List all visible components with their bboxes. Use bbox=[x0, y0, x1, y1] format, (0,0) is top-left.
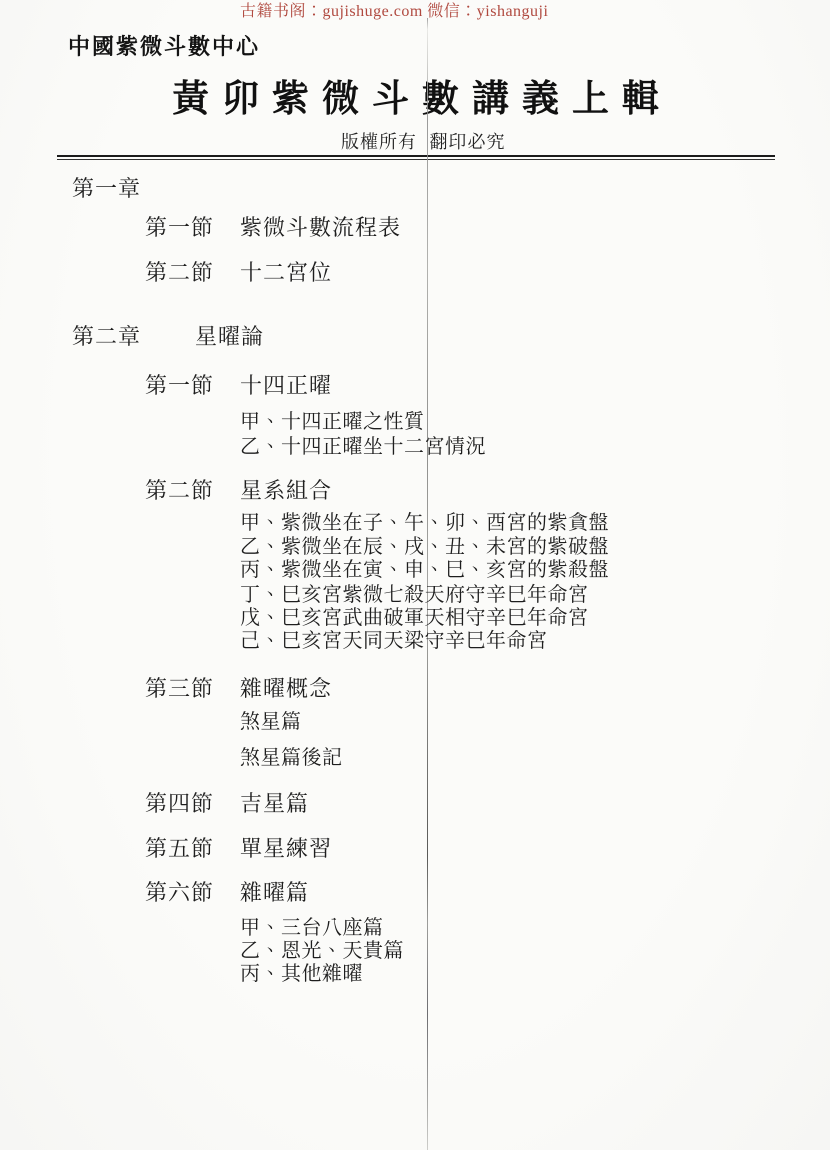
scanned-book-page: 古籍书阁：gujishuge.com 微信：yishanguji 中國紫微斗數中… bbox=[0, 0, 830, 1150]
toc-item: 甲、十四正曜之性質 bbox=[240, 410, 425, 434]
section-number: 第二節 bbox=[145, 260, 240, 286]
toc-section: 第二節星系組合 bbox=[145, 478, 332, 504]
toc-item: 乙、十四正曜坐十二宮情況 bbox=[240, 435, 486, 459]
item-text: 丙、紫微坐在寅、申、巳、亥宮的紫殺盤 bbox=[240, 559, 609, 581]
bookstore-watermark: 古籍书阁：gujishuge.com 微信：yishanguji bbox=[240, 2, 548, 22]
toc-item: 丙、其他雜曜 bbox=[240, 962, 363, 986]
section-number: 第一節 bbox=[145, 215, 240, 241]
item-text: 甲、十四正曜之性質 bbox=[240, 411, 425, 433]
header-divider-rule bbox=[57, 155, 775, 160]
toc-item: 丙、紫微坐在寅、申、巳、亥宮的紫殺盤 bbox=[240, 558, 609, 582]
item-text: 乙、十四正曜坐十二宮情況 bbox=[240, 436, 486, 458]
toc-section: 第五節單星練習 bbox=[145, 836, 332, 862]
section-number: 第二節 bbox=[145, 478, 240, 504]
section-title: 吉星篇 bbox=[240, 791, 309, 816]
section-title: 紫微斗數流程表 bbox=[240, 215, 401, 240]
toc-chapter: 第一章 bbox=[72, 176, 195, 202]
chapter-number: 第二章 bbox=[72, 324, 195, 350]
item-text: 乙、紫微坐在辰、戌、丑、未宮的紫破盤 bbox=[240, 536, 609, 558]
section-number: 第四節 bbox=[145, 791, 240, 817]
copyright-notice: 版權所有 翻印必究 bbox=[341, 128, 506, 154]
toc-chapter: 第二章星曜論 bbox=[72, 324, 264, 350]
toc-item: 丁、巳亥宮紫微七殺天府守辛巳年命宮 bbox=[240, 583, 589, 607]
toc-item: 甲、紫微坐在子、午、卯、酉宮的紫貪盤 bbox=[240, 511, 609, 535]
item-text: 乙、恩光、天貴篇 bbox=[240, 940, 404, 962]
toc-item: 甲、三台八座篇 bbox=[240, 916, 384, 940]
toc-section: 第一節紫微斗數流程表 bbox=[145, 215, 401, 241]
section-title: 十四正曜 bbox=[240, 373, 332, 398]
toc-section: 第四節吉星篇 bbox=[145, 791, 309, 817]
toc-section: 第一節十四正曜 bbox=[145, 373, 332, 399]
toc-item: 乙、恩光、天貴篇 bbox=[240, 939, 404, 963]
section-number: 第三節 bbox=[145, 676, 240, 702]
toc-section: 第六節雜曜篇 bbox=[145, 880, 309, 906]
section-title: 雜曜篇 bbox=[240, 880, 309, 905]
center-name-calligraphy: 中國紫微斗數中心 bbox=[68, 30, 260, 62]
section-title: 雜曜概念 bbox=[240, 676, 332, 701]
section-title: 十二宮位 bbox=[240, 260, 332, 285]
toc-item: 煞星篇 bbox=[240, 710, 302, 734]
section-number: 第五節 bbox=[145, 836, 240, 862]
item-text: 煞星篇後記 bbox=[240, 747, 343, 769]
item-text: 丁、巳亥宮紫微七殺天府守辛巳年命宮 bbox=[240, 584, 589, 606]
book-title: 黃卯紫微斗數講義上輯 bbox=[172, 68, 672, 122]
item-text: 丙、其他雜曜 bbox=[240, 963, 363, 985]
toc-item: 己、巳亥宮天同天梁守辛巳年命宮 bbox=[240, 629, 548, 653]
toc-section: 第二節十二宮位 bbox=[145, 260, 332, 286]
chapter-number: 第一章 bbox=[72, 176, 195, 202]
item-text: 甲、三台八座篇 bbox=[240, 917, 384, 939]
item-text: 戊、巳亥宮武曲破軍天相守辛巳年命宮 bbox=[240, 607, 589, 629]
toc-item: 戊、巳亥宮武曲破軍天相守辛巳年命宮 bbox=[240, 606, 589, 630]
toc-item: 乙、紫微坐在辰、戌、丑、未宮的紫破盤 bbox=[240, 535, 609, 559]
item-text: 煞星篇 bbox=[240, 711, 302, 733]
section-number: 第六節 bbox=[145, 880, 240, 906]
section-number: 第一節 bbox=[145, 373, 240, 399]
toc-section: 第三節雜曜概念 bbox=[145, 676, 332, 702]
toc-item: 煞星篇後記 bbox=[240, 746, 343, 770]
section-title: 單星練習 bbox=[240, 836, 332, 861]
section-title: 星系組合 bbox=[240, 478, 332, 503]
item-text: 己、巳亥宮天同天梁守辛巳年命宮 bbox=[240, 630, 548, 652]
item-text: 甲、紫微坐在子、午、卯、酉宮的紫貪盤 bbox=[240, 512, 609, 534]
chapter-title: 星曜論 bbox=[195, 324, 264, 349]
